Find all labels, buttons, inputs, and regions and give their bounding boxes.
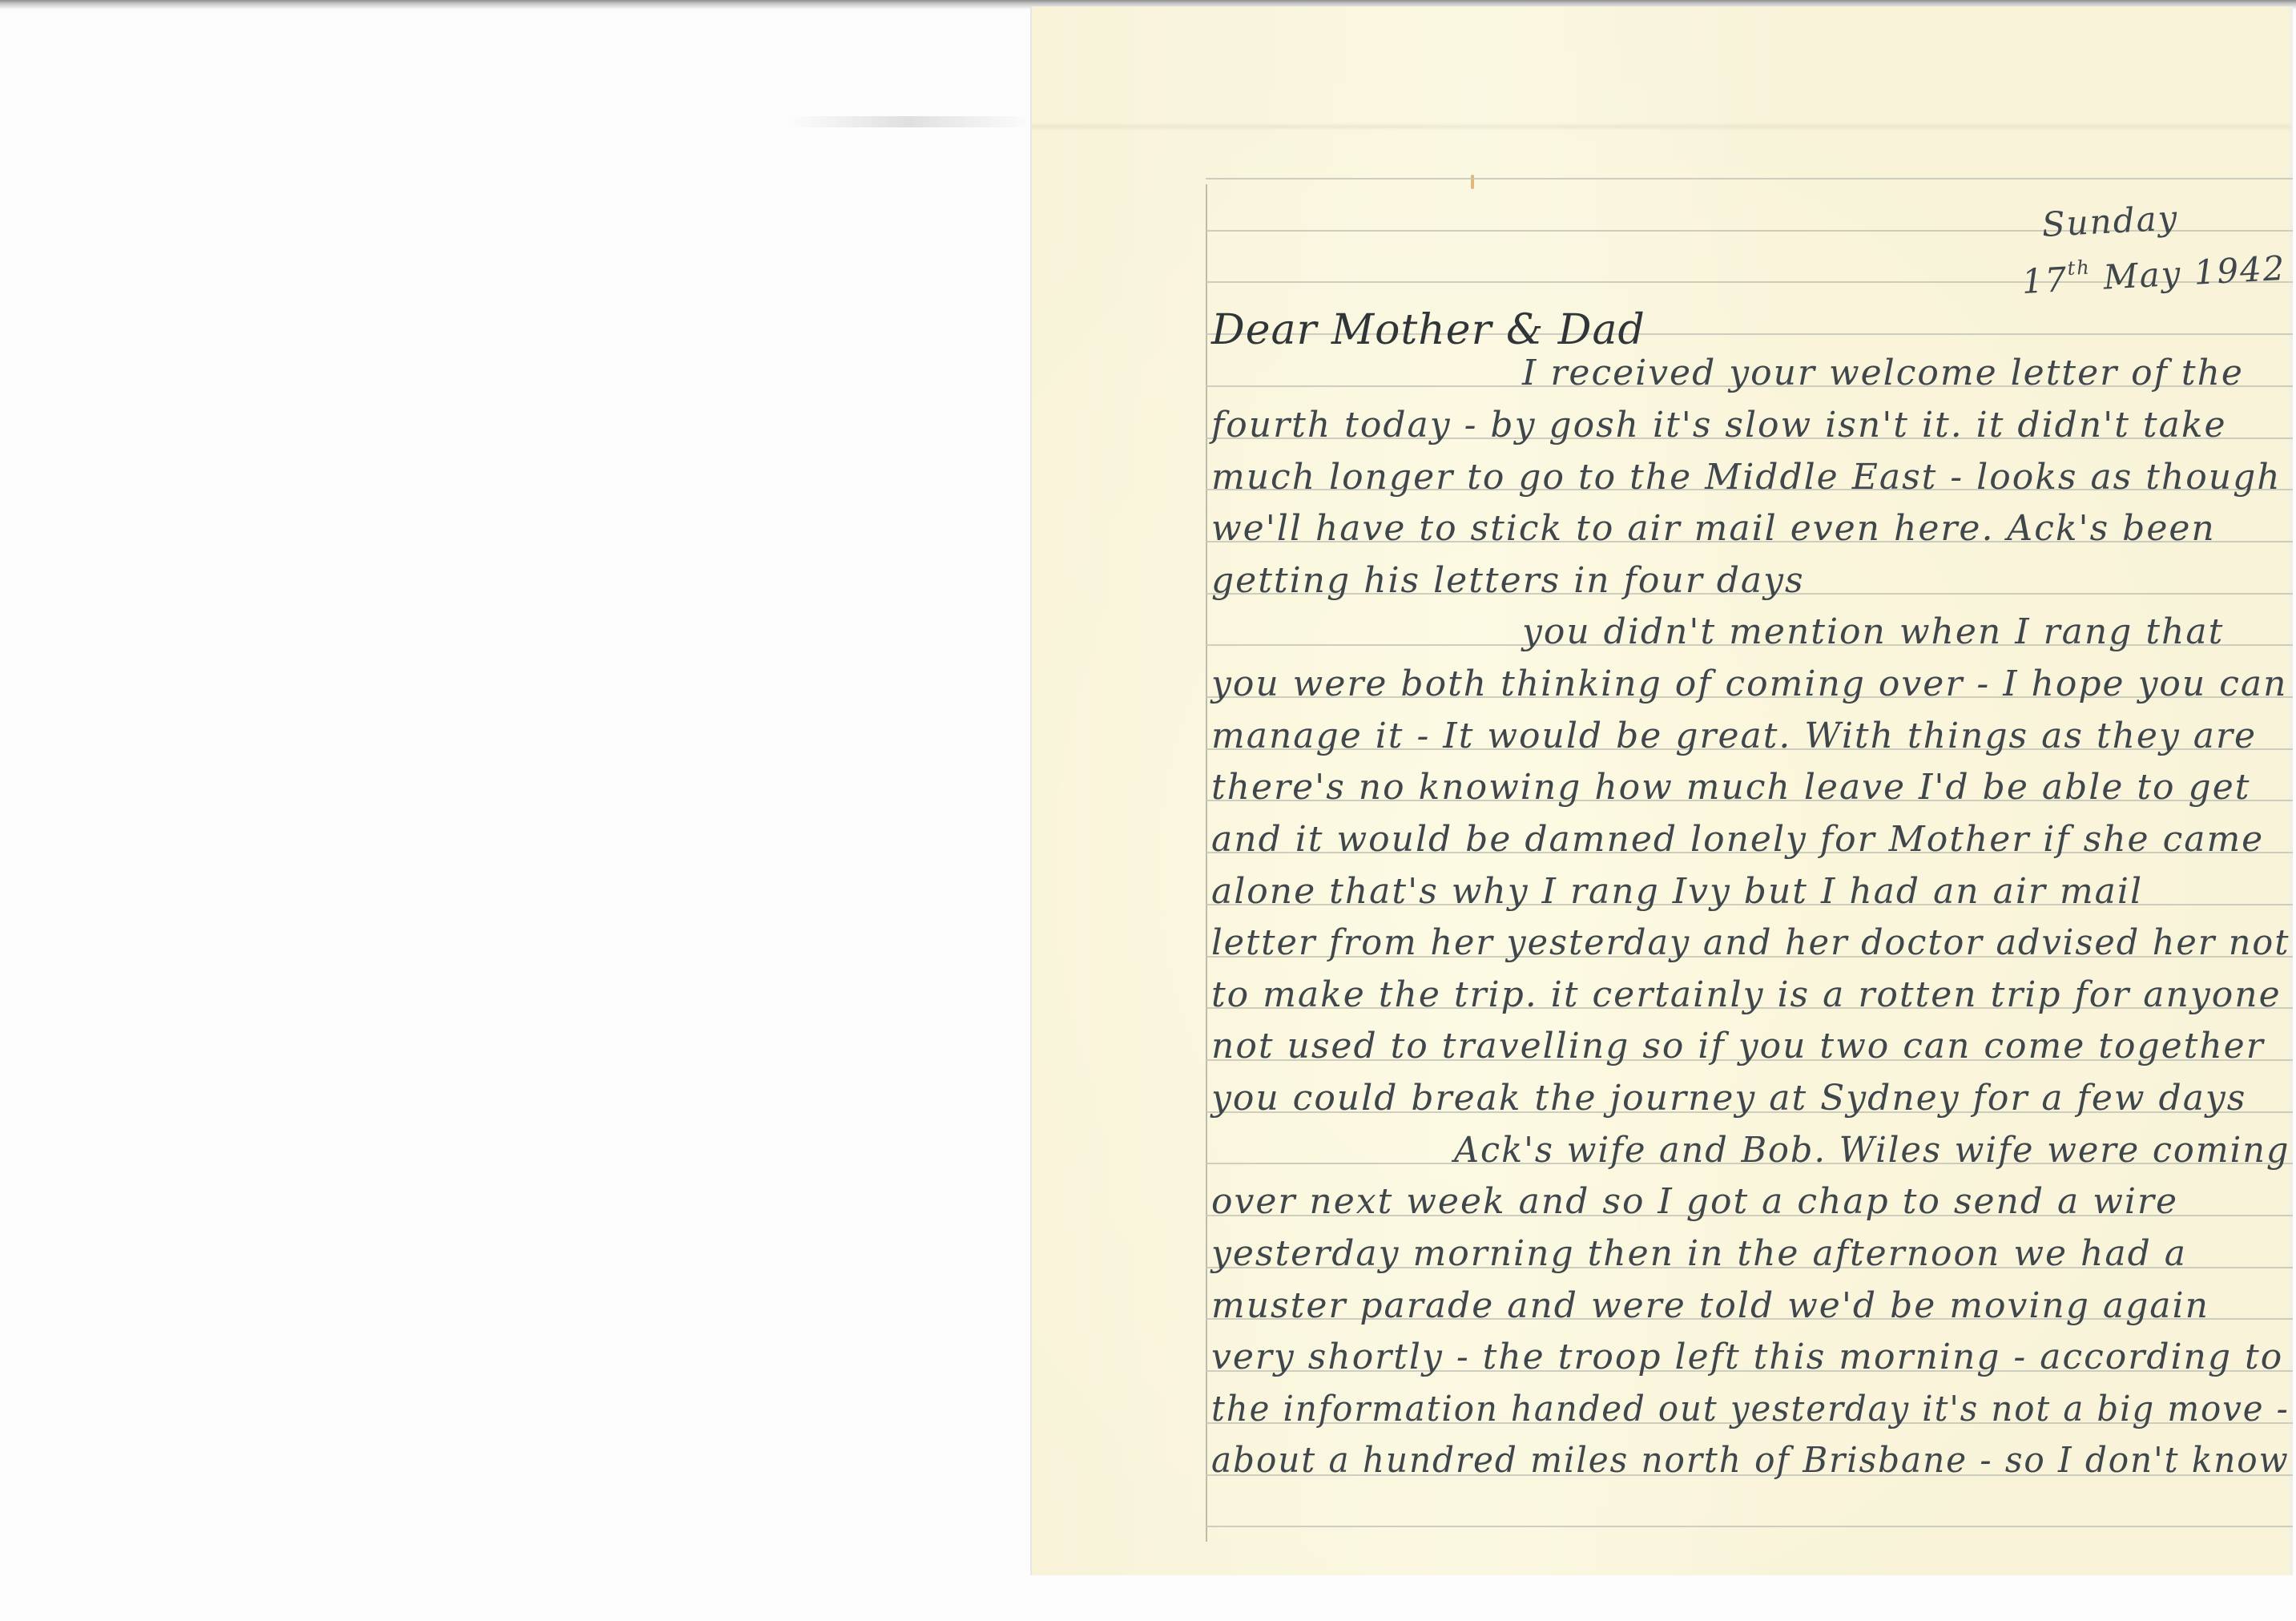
- rule-line: [1206, 1526, 2293, 1527]
- letter-line: not used to travelling so if you two can…: [1211, 1029, 2265, 1064]
- letter-line: getting his letters in four days: [1211, 563, 1805, 599]
- fold-smudge: [785, 116, 1033, 127]
- letter-line: you didn't mention when I rang that: [1522, 615, 2224, 650]
- letter-line: very shortly - the troop left this morni…: [1211, 1340, 2283, 1375]
- letter-line: the information handed out yesterday it'…: [1211, 1392, 2290, 1427]
- letter-line: over next week and so I got a chap to se…: [1211, 1184, 2178, 1220]
- letter-line: you were both thinking of coming over - …: [1211, 667, 2287, 702]
- letter-line: we'll have to stick to air mail even her…: [1211, 511, 2216, 546]
- letter-line: to make the trip. it certainly is a rott…: [1211, 978, 2282, 1013]
- letter-line: letter from her yesterday and her doctor…: [1211, 925, 2290, 961]
- letter-line: Ack's wife and Bob. Wiles wife were comi…: [1454, 1133, 2290, 1168]
- rule-line: [1206, 178, 2293, 179]
- horizontal-fold-crease: [1032, 123, 2293, 131]
- date-day: 17: [2021, 260, 2069, 301]
- letter-line: I received your welcome letter of the: [1522, 356, 2244, 391]
- letter-line: muster parade and were told we'd be movi…: [1211, 1288, 2209, 1324]
- letter-line: there's no knowing how much leave I'd be…: [1211, 770, 2250, 805]
- letter-line: and it would be damned lonely for Mother…: [1211, 822, 2264, 857]
- paper-right-edge: [2288, 6, 2293, 1575]
- letter-date: 17th May 1942: [2021, 248, 2287, 299]
- letter-line: about a hundred miles north of Brisbane …: [1211, 1443, 2290, 1478]
- date-suffix: th: [2067, 256, 2092, 280]
- day-text: Sunday: [2041, 198, 2180, 244]
- letter-line: alone that's why I rang Ivy but I had an…: [1211, 874, 2143, 909]
- letter-line: fourth today - by gosh it's slow isn't i…: [1211, 408, 2227, 443]
- letter-line: you could break the journey at Sydney fo…: [1211, 1081, 2246, 1116]
- salutation: Dear Mother & Dad: [1211, 309, 1645, 351]
- letter-line: much longer to go to the Middle East - l…: [1211, 460, 2282, 495]
- letter-page: Sunday 17th May 1942 Dear Mother & Dad I…: [1032, 6, 2293, 1575]
- letter-day: Sunday: [2041, 201, 2179, 242]
- date-month-year: May 1942: [2102, 248, 2286, 297]
- letter-line: manage it - It would be great. With thin…: [1211, 719, 2257, 754]
- left-margin-line: [1206, 184, 1207, 1542]
- rust-stain-mark: [1471, 175, 1474, 189]
- letter-line: yesterday morning then in the afternoon …: [1211, 1236, 2187, 1272]
